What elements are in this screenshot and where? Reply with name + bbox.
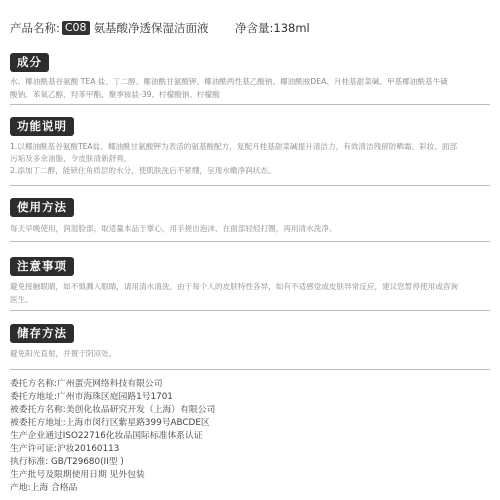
text-line: 2.添加丁二醇，能锁住角质层的水分，使肌肤洗后不紧绷，呈现水嫩净润状态。 [10,165,490,177]
product-title-row: 产品名称: C08 氨基酸净透保湿洁面液 [10,20,209,36]
section-usage: 使用方法 [10,196,74,217]
product-label: 产品名称: [10,20,60,36]
text-line: 酸钠、苯氧乙醇、羟苯甲酯、聚季铵盐-39、柠檬酸钠、柠檬酸 [10,88,490,101]
info-line: 委托方名称:广州蛋壳网络科技有限公司 [10,378,215,391]
divider [10,310,490,311]
function-text: 1.以椰油酰基谷氨酸TEA盐、椰油酰甘氨酸钾为表活的氨基酸配方，复配月桂基甜菜碱… [10,141,490,177]
divider [10,185,490,186]
text-line: 水、椰油酰基谷氨酸 TEA 盐、丁二醇、椰油酰甘氨酸钾、椰油酰两性基乙酸钠、椰油… [10,75,490,88]
divider [10,241,490,242]
usage-text: 每天早晚使用，润湿脸部，取适量本品于掌心，用手搓出泡沫，在面部轻轻打圈，再用清水… [10,222,490,235]
storage-text: 避免阳光直射，并置于阴凉处。 [10,347,490,360]
section-title: 注意事项 [10,257,74,276]
section-title: 储存方法 [10,324,74,343]
info-line: 被委托方名称:美创化妆品研究开发（上海）有限公司 [10,404,215,417]
section-cautions: 注意事项 [10,255,74,276]
info-line: 执行标准: GB/T29680(II型 ) [10,456,215,469]
section-title: 使用方法 [10,198,74,217]
product-code-badge: C08 [62,21,90,35]
text-line: 每天早晚使用，润湿脸部，取适量本品于掌心，用手搓出泡沫，在面部轻轻打圈，再用清水… [10,222,490,235]
ingredients-text: 水、椰油酰基谷氨酸 TEA 盐、丁二醇、椰油酰甘氨酸钾、椰油酰两性基乙酸钠、椰油… [10,75,490,101]
info-line: 生产许可证:沪妆20160113 [10,443,215,456]
section-title: 功能说明 [10,117,74,136]
text-line: 避免接触眼睛，如不慎溅入眼睛，请用清水清洗。由于每个人的皮肤特性各异，如有不适感… [10,280,490,293]
product-name: 氨基酸净透保湿洁面液 [94,20,209,36]
section-ingredients: 成分 [10,51,49,72]
text-line: 避免阳光直射，并置于阴凉处。 [10,347,490,360]
divider [10,369,490,370]
text-line: 1.以椰油酰基谷氨酸TEA盐、椰油酰甘氨酸钾为表活的氨基酸配方，复配月桂基甜菜碱… [10,141,490,153]
section-storage: 储存方法 [10,322,74,343]
cautions-text: 避免接触眼睛，如不慎溅入眼睛，请用清水清洗。由于每个人的皮肤特性各异，如有不适感… [10,280,490,306]
section-function: 功能说明 [10,115,74,136]
info-line: 被委托方地址:上海市闵行区紫星路399号ABCDE区 [10,417,215,430]
info-line: 委托方地址:广州市海珠区庭园路1号1701 [10,391,215,404]
section-title: 成分 [10,53,49,72]
info-line: 产地:上海 合格品 [10,482,215,495]
divider [10,104,490,105]
info-line: 生产企业通过ISO22716化妆品国际标准体系认证 [10,430,215,443]
net-content: 净含量:138ml [235,20,310,36]
manufacturer-info: 委托方名称:广州蛋壳网络科技有限公司 委托方地址:广州市海珠区庭园路1号1701… [10,378,215,495]
text-line: 医生。 [10,293,490,306]
info-line: 生产批号及限期使用日期 见外包装 [10,469,215,482]
text-line: 污垢及多余油脂，令皮肤清新舒爽。 [10,153,490,165]
